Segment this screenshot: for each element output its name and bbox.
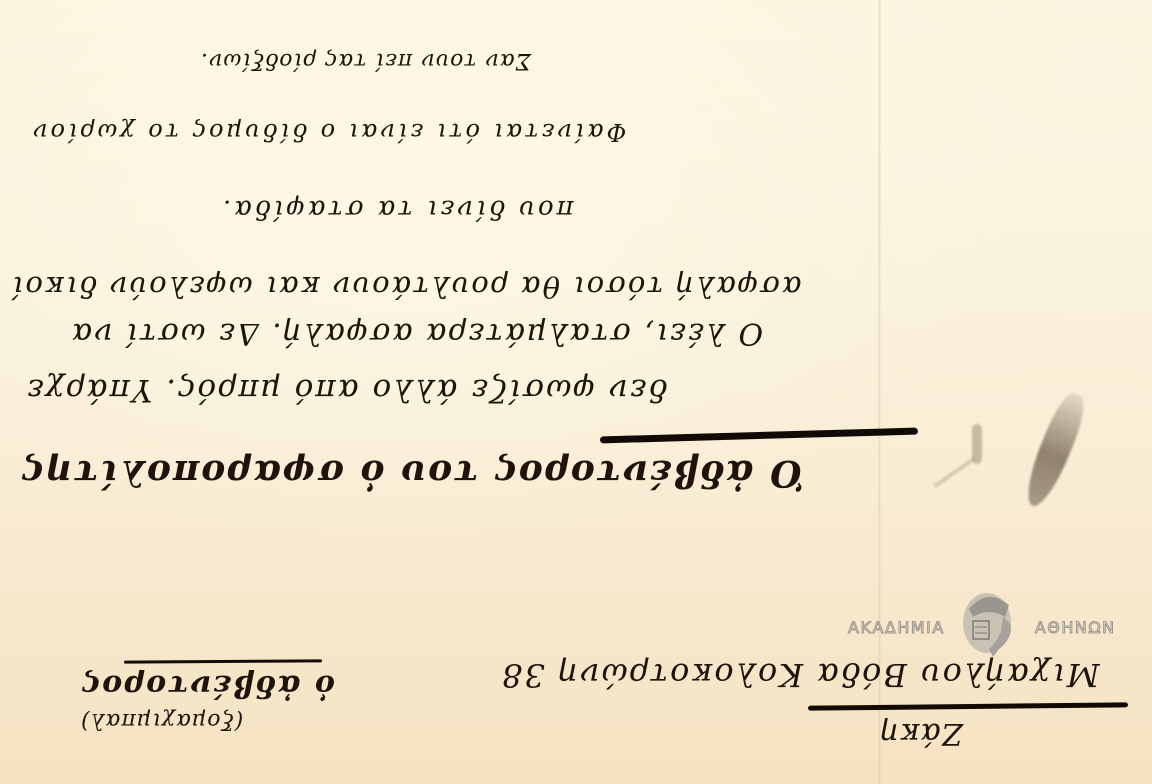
athena-head-icon <box>959 587 1021 667</box>
signature-underline <box>808 702 1128 710</box>
watermark-left-text: ΑΚΑΔΗΜΙΑ <box>848 618 945 637</box>
heading-underline <box>600 428 918 444</box>
handwritten-line-2: Φαίνεται ότι είναι ο δίδυμος το χωρίον <box>30 118 626 146</box>
handwritten-line-1: Σαν τουν πεί τας ρίοδξίων. <box>200 48 531 73</box>
ink-smudge <box>1019 389 1092 512</box>
annotation-overline <box>124 659 322 663</box>
handwritten-line-6: δεν φωσίζε άλλο από μπρός. Υπάρχε <box>25 372 667 408</box>
handwritten-line-4: ασφαλή τόσοι θα ρουλτάουν και ωφελούν δι… <box>10 270 802 304</box>
letter-sheet: Σαν τουν πεί τας ρίοδξίων. Φαίνεται ότι … <box>0 0 1152 784</box>
handwritten-line-3: που δίνει τα σταφίδα. <box>220 194 574 224</box>
handwritten-heading-line: Ὁ ἀδβέντορος του ὁ σφαροπολίτης <box>20 452 804 494</box>
ink-smudge-streak <box>933 456 976 488</box>
watermark-right-text: ΑΘΗΝΩΝ <box>1035 618 1116 637</box>
academy-of-athens-watermark: ΑΚΑΔΗΜΙΑ ΑΘΗΝΩΝ <box>848 585 1148 669</box>
signature-name: Ζάκη <box>880 716 963 751</box>
handwritten-line-5: Ο λέει, σταλμάτερα ασφαλή. Δε ωστί να <box>70 316 763 351</box>
annotation-line-2: (ξομαχιμπαλ) <box>80 708 243 733</box>
annotation-line-1: ὁ ἀδβέντορος <box>80 668 335 703</box>
